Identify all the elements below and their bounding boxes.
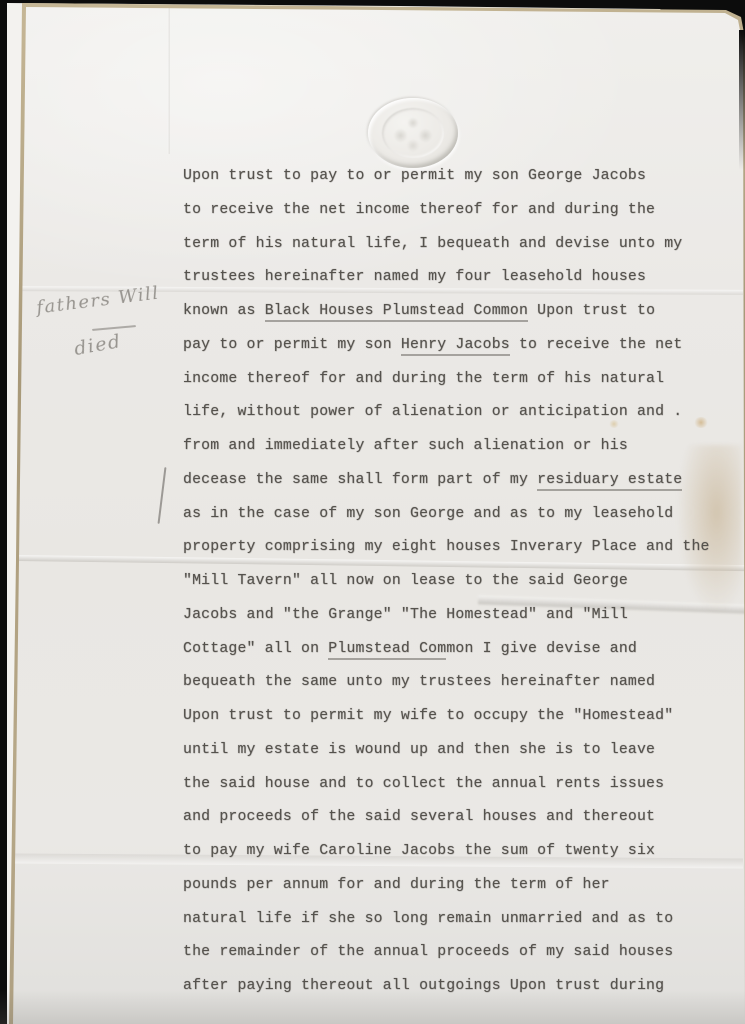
typed-segment: from and immediately after such alienati… [183,438,628,454]
typed-segment: "Mill Tavern" all now on lease to the sa… [183,573,628,589]
typed-segment-pencil-underlined: Henry Jacobs [401,337,510,356]
pencil-margin-tick [158,467,167,524]
typed-segment-pencil-underlined: Black Houses Plumstead Common [265,303,528,322]
pencil-margin-note-fathers-will: fathers Will [35,283,161,319]
typed-segment: to receive the net [510,337,683,353]
typed-segment: mon I give devise and [446,641,637,657]
typed-segment: pay to or permit my son [183,337,401,353]
typed-segment: Upon trust to permit my wife to occupy t… [183,708,673,724]
typed-segment: to pay my wife Caroline Jacobs the sum o… [183,843,655,859]
typed-segment-pencil-underlined: Plumstead Com [328,641,446,660]
typed-segment: property comprising my eight houses Inve… [183,539,710,555]
typed-segment: Cottage" all on [183,641,328,657]
typed-segment: pounds per annum for and during the term… [183,877,610,893]
paper-sheet: Upon trust to pay to or permit my son Ge… [0,0,745,1024]
typed-line: Upon trust to permit my wife to occupy t… [183,700,723,734]
typed-text: Upon trust to pay to or permit my son Ge… [183,160,723,1004]
typed-line: until my estate is wound up and then she… [183,734,723,768]
typed-segment: term of his natural life, I bequeath and… [183,236,682,252]
typed-line: Cottage" all on Plumstead Common I give … [183,633,723,667]
typed-line: to receive the net income thereof for an… [183,194,723,228]
typed-line: pounds per annum for and during the term… [183,869,723,903]
typed-segment: income thereof for and during the term o… [183,371,664,387]
typed-segment: life, without power of alienation or ant… [183,404,682,420]
typed-segment: known as [183,303,265,319]
typed-line: Jacobs and "the Grange" "The Homestead" … [183,599,723,633]
typed-segment: and proceeds of the said several houses … [183,809,655,825]
typed-line: natural life if she so long remain unmar… [183,903,723,937]
typed-line: pay to or permit my son Henry Jacobs to … [183,329,723,363]
typed-segment: Jacobs and "the Grange" "The Homestead" … [183,607,628,623]
typed-line: Upon trust to pay to or permit my son Ge… [183,160,723,194]
typed-line: life, without power of alienation or ant… [183,396,723,430]
typed-line: term of his natural life, I bequeath and… [183,228,723,262]
typed-segment: bequeath the same unto my trustees herei… [183,674,655,690]
pencil-margin-note-died: died [72,330,123,360]
typed-line: from and immediately after such alienati… [183,430,723,464]
typed-line: to pay my wife Caroline Jacobs the sum o… [183,835,723,869]
typed-line: income thereof for and during the term o… [183,363,723,397]
typed-segment: the remainder of the annual proceeds of … [183,944,673,960]
typed-line: property comprising my eight houses Inve… [183,531,723,565]
typed-segment-pencil-underlined: residuary estate [537,472,682,491]
scan-bottom-shadow [0,990,745,1024]
typed-line: the remainder of the annual proceeds of … [183,936,723,970]
typed-segment: decease the same shall form part of my [183,472,537,488]
typed-line: and proceeds of the said several houses … [183,801,723,835]
typed-segment: trustees hereinafter named my four lease… [183,269,646,285]
typed-segment: Upon trust to [528,303,655,319]
typed-line: bequeath the same unto my trustees herei… [183,666,723,700]
typed-line: "Mill Tavern" all now on lease to the sa… [183,565,723,599]
typed-line: trustees hereinafter named my four lease… [183,261,723,295]
vertical-fold-crease [167,4,170,154]
scan-edge-sliver [739,30,745,170]
typed-segment: until my estate is wound up and then she… [183,742,655,758]
typed-segment: the said house and to collect the annual… [183,776,664,792]
typed-segment: Upon trust to pay to or permit my son Ge… [183,168,646,184]
royal-crest-embossed-seal-icon [368,98,458,168]
scanned-document-page: { "document": { "kind": "typewritten wil… [0,0,745,1024]
seal-crest-relief [382,108,444,158]
typed-segment: as in the case of my son George and as t… [183,506,673,522]
typed-segment: natural life if she so long remain unmar… [183,911,673,927]
typed-line: the said house and to collect the annual… [183,768,723,802]
typed-line: decease the same shall form part of my r… [183,464,723,498]
typed-line: as in the case of my son George and as t… [183,498,723,532]
typed-line: known as Black Houses Plumstead Common U… [183,295,723,329]
typed-segment: to receive the net income thereof for an… [183,202,655,218]
